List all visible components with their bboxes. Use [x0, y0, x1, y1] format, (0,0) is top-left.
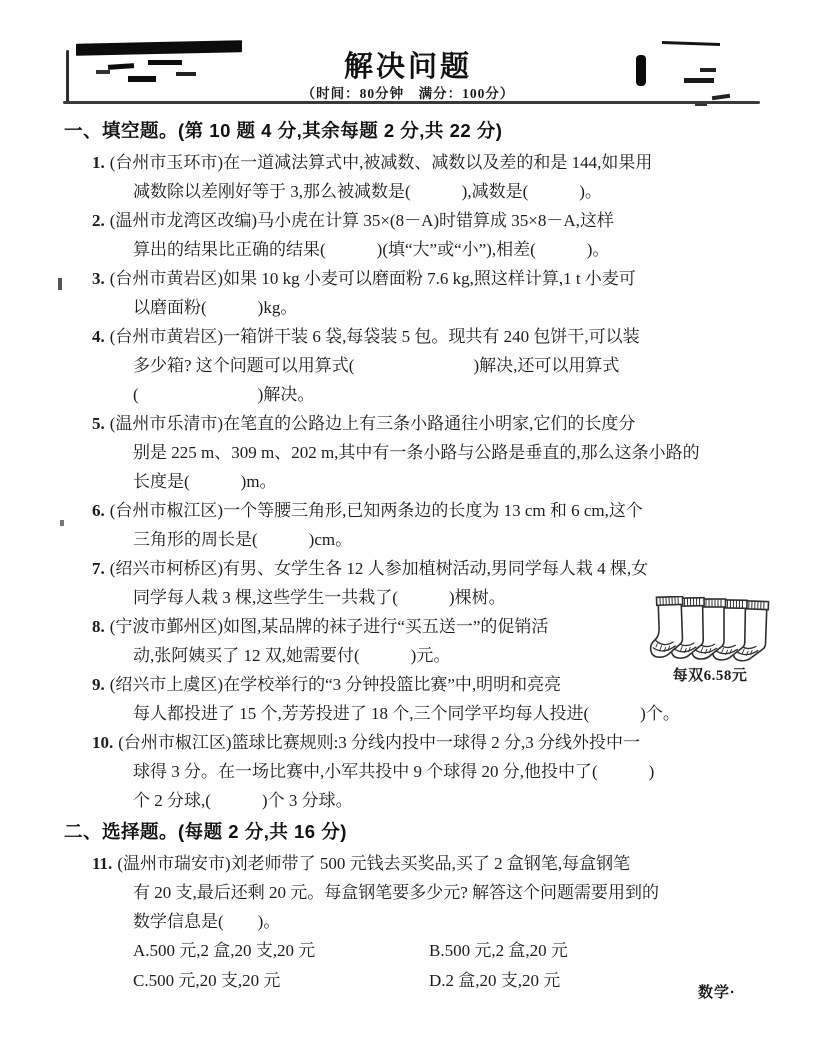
question-text: (台州市黄岩区)一箱饼干装 6 袋,每袋装 5 包。现共有 240 包饼干,可以…: [110, 327, 640, 346]
option-b: B.500 元,2 盒,20 元: [429, 936, 760, 966]
socks-illustration: [649, 596, 771, 666]
question-line: 6.(台州市椒江区)一个等腰三角形,已知两条边的长度为 13 cm 和 6 cm…: [133, 496, 760, 525]
option-a: A.500 元,2 盒,20 支,20 元: [133, 936, 429, 966]
exam-body: 一、填空题。(第 10 题 4 分,其余每题 2 分,共 22 分) 1.(台州…: [64, 116, 760, 996]
question-2: 2.(温州市龙湾区改编)马小虎在计算 35×(8－A)时错算成 35×8－A,这…: [64, 206, 760, 264]
question-line: 长度是( )m。: [133, 467, 760, 496]
exam-time-score: （时间：80分钟 满分：100分）: [0, 82, 816, 102]
question-line: 个 2 分球,( )个 3 分球。: [133, 786, 760, 815]
question-3: 3.(台州市黄岩区)如果 10 kg 小麦可以磨面粉 7.6 kg,照这样计算,…: [64, 264, 760, 322]
question-text: (温州市龙湾区改编)马小虎在计算 35×(8－A)时错算成 35×8－A,这样: [110, 211, 614, 230]
question-line: 以磨面粉( )kg。: [133, 293, 760, 322]
question-line: 1.(台州市玉环市)在一道减法算式中,被减数、减数以及差的和是 144,如果用: [133, 148, 760, 177]
question-text: (宁波市鄞州区)如图,某品牌的袜子进行“买五送一”的促销活: [110, 617, 549, 636]
question-number: 9.: [92, 675, 110, 694]
scan-artifact: [58, 278, 62, 290]
question-11-options: A.500 元,2 盒,20 支,20 元 B.500 元,2 盒,20 元 C…: [64, 936, 760, 996]
question-number: 7.: [92, 559, 110, 578]
question-text: (温州市乐清市)在笔直的公路边上有三条小路通往小明家,它们的长度分: [110, 414, 636, 433]
question-4: 4.(台州市黄岩区)一箱饼干装 6 袋,每袋装 5 包。现共有 240 包饼干,…: [64, 322, 760, 409]
question-number: 2.: [92, 211, 110, 230]
question-line: 11.(温州市瑞安市)刘老师带了 500 元钱去买奖品,买了 2 盒钢笔,每盒钢…: [133, 849, 760, 878]
section2-heading: 二、选择题。(每题 2 分,共 16 分): [64, 817, 760, 847]
question-line: 7.(绍兴市柯桥区)有男、女学生各 12 人参加植树活动,男同学每人栽 4 棵,…: [133, 554, 760, 583]
question-6: 6.(台州市椒江区)一个等腰三角形,已知两条边的长度为 13 cm 和 6 cm…: [64, 496, 760, 554]
question-line: 球得 3 分。在一场比赛中,小军共投中 9 个球得 20 分,他投中了( ): [133, 757, 760, 786]
exam-page: 解决问题 （时间：80分钟 满分：100分） 一、填空题。(第 10 题 4 分…: [0, 0, 816, 1056]
question-number: 6.: [92, 501, 110, 520]
question-line: 减数除以差刚好等于 3,那么被减数是( ),减数是( )。: [133, 177, 760, 206]
question-line: 三角形的周长是( )cm。: [133, 525, 760, 554]
question-text: (温州市瑞安市)刘老师带了 500 元钱去买奖品,买了 2 盒钢笔,每盒钢笔: [117, 854, 630, 873]
question-line: 2.(温州市龙湾区改编)马小虎在计算 35×(8－A)时错算成 35×8－A,这…: [133, 206, 760, 235]
question-number: 1.: [92, 153, 110, 172]
question-text: (台州市玉环市)在一道减法算式中,被减数、减数以及差的和是 144,如果用: [110, 153, 653, 172]
option-c: C.500 元,20 支,20 元: [133, 966, 429, 996]
question-11: 11.(温州市瑞安市)刘老师带了 500 元钱去买奖品,买了 2 盒钢笔,每盒钢…: [64, 849, 760, 936]
page-footer: 数学·: [698, 981, 736, 1002]
socks-price-caption: 每双6.58元: [646, 667, 774, 685]
question-1: 1.(台州市玉环市)在一道减法算式中,被减数、减数以及差的和是 144,如果用 …: [64, 148, 760, 206]
question-line: 5.(温州市乐清市)在笔直的公路边上有三条小路通往小明家,它们的长度分: [133, 409, 760, 438]
question-text: (台州市黄岩区)如果 10 kg 小麦可以磨面粉 7.6 kg,照这样计算,1 …: [110, 269, 636, 288]
page-title: 解决问题: [0, 44, 816, 85]
question-number: 11.: [92, 854, 117, 873]
question-10: 10.(台州市椒江区)篮球比赛规则:3 分线内投中一球得 2 分,3 分线外投中…: [64, 728, 760, 815]
question-line: ( )解决。: [133, 380, 760, 409]
question-text: (台州市椒江区)篮球比赛规则:3 分线内投中一球得 2 分,3 分线外投中一: [118, 733, 640, 752]
question-text: (绍兴市上虞区)在学校举行的“3 分钟投篮比赛”中,明明和亮亮: [110, 675, 561, 694]
question-5: 5.(温州市乐清市)在笔直的公路边上有三条小路通往小明家,它们的长度分 别是 2…: [64, 409, 760, 496]
section1-heading: 一、填空题。(第 10 题 4 分,其余每题 2 分,共 22 分): [64, 116, 760, 146]
question-line: 算出的结果比正确的结果( )(填“大”或“小”),相差( )。: [133, 235, 760, 264]
question-number: 3.: [92, 269, 110, 288]
question-text: (台州市椒江区)一个等腰三角形,已知两条边的长度为 13 cm 和 6 cm,这…: [110, 501, 643, 520]
question-line: 别是 225 m、309 m、202 m,其中有一条小路与公路是垂直的,那么这条…: [133, 438, 760, 467]
question-number: 10.: [92, 733, 118, 752]
question-number: 5.: [92, 414, 110, 433]
question-number: 8.: [92, 617, 110, 636]
question-number: 4.: [92, 327, 110, 346]
question-line: 有 20 支,最后还剩 20 元。每盒钢笔要多少元? 解答这个问题需要用到的: [133, 878, 760, 907]
question-text: (绍兴市柯桥区)有男、女学生各 12 人参加植树活动,男同学每人栽 4 棵,女: [110, 559, 648, 578]
question-line: 4.(台州市黄岩区)一箱饼干装 6 袋,每袋装 5 包。现共有 240 包饼干,…: [133, 322, 760, 351]
question-line: 数学信息是( )。: [133, 907, 760, 936]
question-line: 3.(台州市黄岩区)如果 10 kg 小麦可以磨面粉 7.6 kg,照这样计算,…: [133, 264, 760, 293]
socks-figure: 每双6.58元: [646, 596, 774, 685]
question-line: 多少箱? 这个问题可以用算式( )解决,还可以用算式: [133, 351, 760, 380]
question-line: 每人都投进了 15 个,芳芳投进了 18 个,三个同学平均每人投进( )个。: [133, 699, 760, 728]
question-line: 10.(台州市椒江区)篮球比赛规则:3 分线内投中一球得 2 分,3 分线外投中…: [133, 728, 760, 757]
